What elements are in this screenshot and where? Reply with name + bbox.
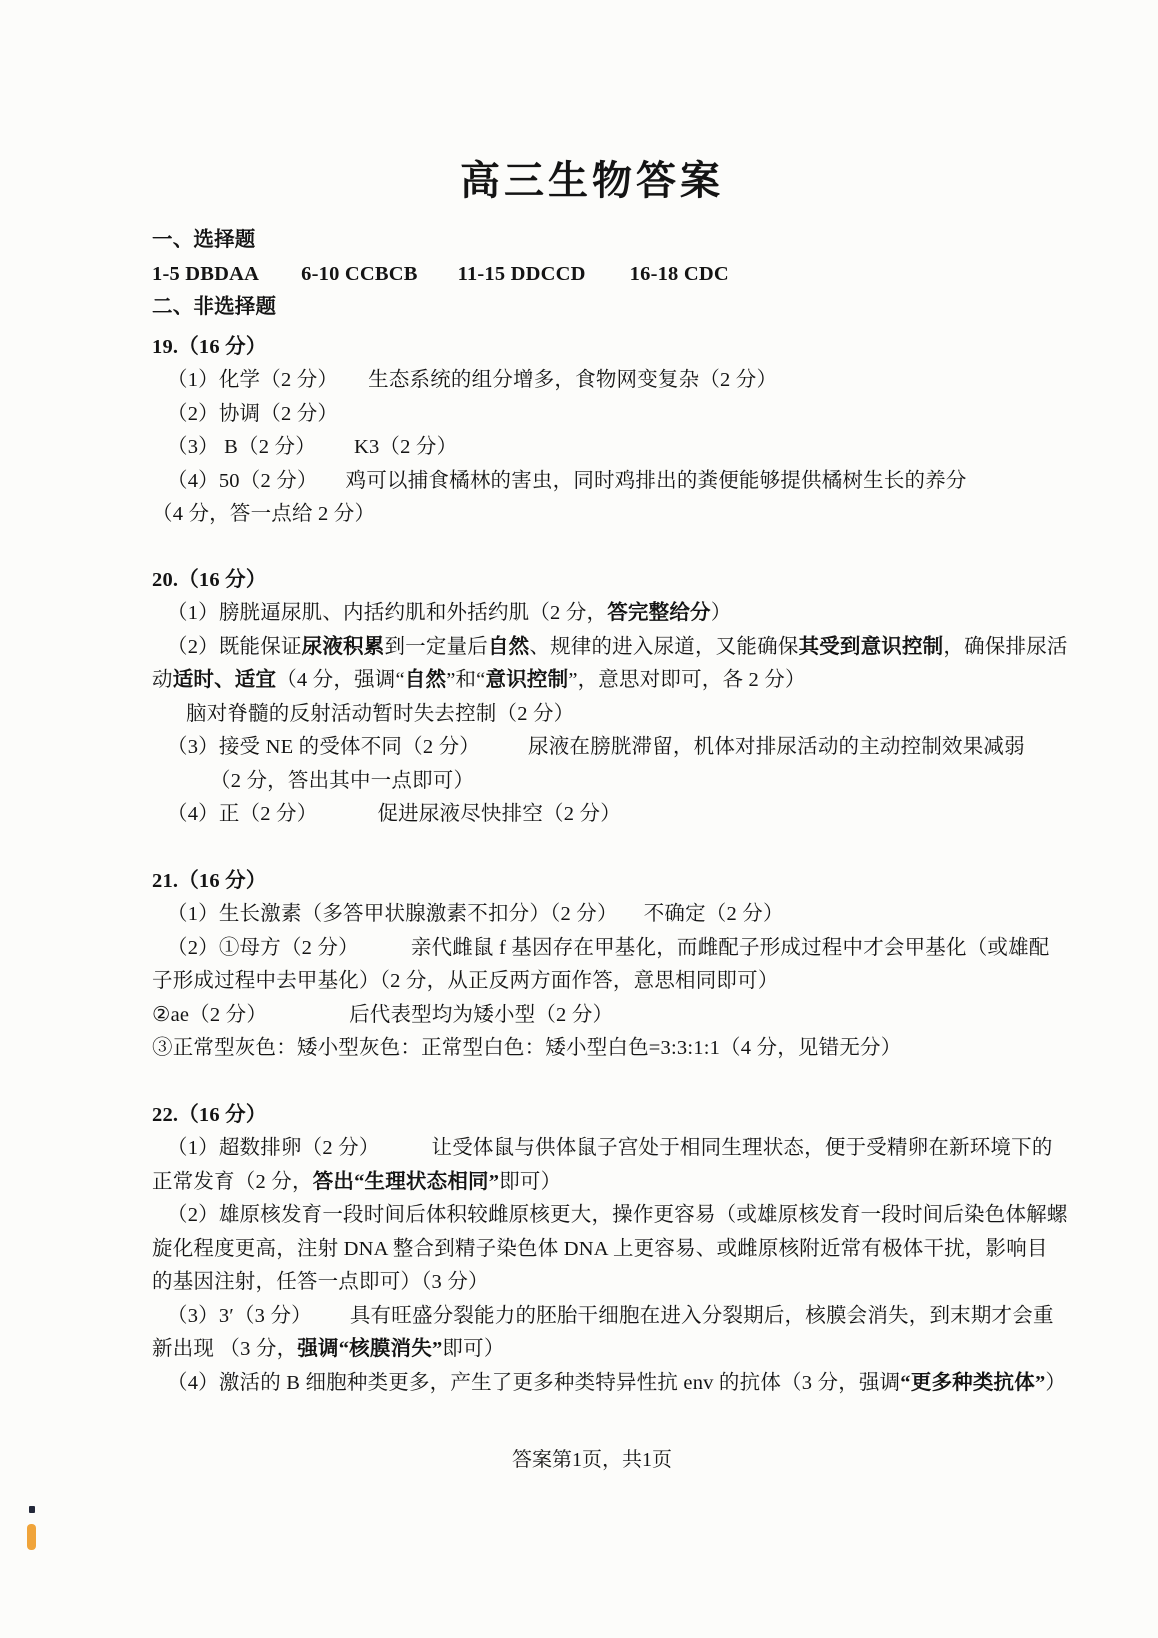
answer-text: （4）50（2 分） — [167, 470, 318, 492]
emphasis-text: 其受到意识控制 — [798, 636, 943, 658]
tab-gap — [259, 279, 301, 280]
answer-text: 动 — [152, 669, 173, 691]
q20-3: （3）接受 NE 的受体不同（2 分）尿液在膀胱滞留，机体对排尿活动的主动控制效… — [152, 731, 1032, 765]
answer-text: （2）既能保证 — [167, 636, 302, 658]
answer-text: （2）①母方（2 分） — [167, 937, 359, 959]
answer-body: 一、选择题1-5 DBDAA6-10 CCBCB11-15 DDCCD16-18… — [152, 224, 1032, 1400]
answer-text: （1）超数排卵（2 分） — [167, 1137, 380, 1159]
tab-gap — [380, 1153, 432, 1154]
q20-2a: （2）既能保证尿液积累到一定量后自然、规律的进入尿道，又能确保其受到意识控制，确… — [152, 631, 1032, 665]
q22-2a: （2）雄原核发育一段时间后体积较雌原核更大，操作更容易（或雄原核发育一段时间后染… — [152, 1199, 1032, 1233]
corner-dot-icon — [29, 1506, 35, 1513]
answer-text: 二、非选择题 — [152, 296, 276, 318]
q19-2: （2）协调（2 分） — [152, 398, 1032, 432]
answer-text: （3）接受 NE 的受体不同（2 分） — [167, 736, 480, 758]
answer-text: 19.（16 分） — [152, 336, 267, 358]
answer-text: K3（2 分） — [354, 436, 457, 458]
q22-4: （4）激活的 B 细胞种类更多，产生了更多种类特异性抗 env 的抗体（3 分，… — [152, 1367, 1032, 1401]
emphasis-text: 意识控制 — [486, 669, 569, 691]
q21-2c: ②ae（2 分）后代表型均为矮小型（2 分） — [152, 999, 1032, 1033]
answer-text: 的基因注射，任答一点即可）（3 分） — [152, 1271, 489, 1293]
choice-answers-row: 1-5 DBDAA6-10 CCBCB11-15 DDCCD16-18 CDC — [152, 258, 1032, 292]
q20-header: 20.（16 分） — [152, 564, 1032, 598]
page-title: 高三生物答案 — [152, 156, 1032, 206]
tab-gap — [359, 953, 411, 954]
q19-3: （3） B（2 分）K3（2 分） — [152, 431, 1032, 465]
emphasis-text: 强调“核膜消失” — [297, 1338, 442, 1360]
answer-text: （4）正（2 分） — [167, 803, 317, 825]
answer-text: 16-18 CDC — [630, 263, 729, 285]
answer-text: 亲代雌鼠 f 基因存在甲基化，而雌配子形成过程中才会甲基化（或雄配 — [411, 937, 1050, 959]
answer-text: 脑对脊髓的反射活动暂时失去控制（2 分） — [186, 703, 574, 725]
answer-text: （4 分，答一点给 2 分） — [152, 503, 375, 525]
answer-text: 后代表型均为矮小型（2 分） — [349, 1004, 613, 1026]
answer-text: 6-10 CCBCB — [301, 263, 417, 285]
answer-text: （1）生长激素（多答甲状腺激素不扣分）（2 分） — [167, 903, 618, 925]
answer-text: 鸡可以捕食橘林的害虫，同时鸡排出的粪便能够提供橘树生长的养分 — [346, 470, 967, 492]
answer-text: （2 分，答出其中一点即可） — [210, 770, 474, 792]
q21-header: 21.（16 分） — [152, 865, 1032, 899]
q19-4: （4）50（2 分）鸡可以捕食橘林的害虫，同时鸡排出的粪便能够提供橘树生长的养分 — [152, 465, 1032, 499]
answer-text: （1）化学（2 分） — [167, 369, 338, 391]
answer-text: （4 分，强调“ — [276, 669, 405, 691]
q21-2b: 子形成过程中去甲基化）（2 分，从正反两方面作答，意思相同即可） — [152, 965, 1032, 999]
tab-gap — [318, 486, 346, 487]
answer-text: 到一定量后 — [384, 636, 488, 658]
answer-text: 生态系统的组分增多，食物网变复杂（2 分） — [368, 369, 777, 391]
emphasis-text: “更多种类抗体” — [900, 1372, 1045, 1394]
q19-header: 19.（16 分） — [152, 331, 1032, 365]
answer-text: 正常发育（2 分， — [152, 1171, 313, 1193]
emphasis-text: 自然 — [488, 636, 529, 658]
answer-text: （2）雄原核发育一段时间后体积较雌原核更大，操作更容易（或雄原核发育一段时间后染… — [167, 1204, 1068, 1226]
answer-text: 即可） — [499, 1171, 561, 1193]
answer-text: （4）激活的 B 细胞种类更多，产生了更多种类特异性抗 env 的抗体（3 分，… — [167, 1372, 900, 1394]
answer-text: 11-15 DDCCD — [458, 263, 586, 285]
q20-2c: 脑对脊髓的反射活动暂时失去控制（2 分） — [152, 698, 1032, 732]
answer-sheet-page: 高三生物答案 一、选择题1-5 DBDAA6-10 CCBCB11-15 DDC… — [0, 0, 1158, 1638]
answer-text: （3）3′（3 分） — [167, 1305, 312, 1327]
answer-text: 20.（16 分） — [152, 569, 267, 591]
answer-text: 、规律的进入尿道，又能确保 — [529, 636, 798, 658]
q21-2a: （2）①母方（2 分）亲代雌鼠 f 基因存在甲基化，而雌配子形成过程中才会甲基化… — [152, 932, 1032, 966]
tab-gap — [618, 919, 644, 920]
answer-text: ） — [1045, 1372, 1066, 1394]
emphasis-text: 答出“生理状态相同” — [313, 1171, 500, 1193]
q22-header: 22.（16 分） — [152, 1099, 1032, 1133]
tab-gap — [418, 279, 458, 280]
q22-3b: 新出现 （3 分，强调“核膜消失”即可） — [152, 1333, 1032, 1367]
q20-3-note: （2 分，答出其中一点即可） — [152, 765, 1032, 799]
answer-text: ，确保排尿活 — [943, 636, 1067, 658]
q22-3a: （3）3′（3 分）具有旺盛分裂能力的胚胎干细胞在进入分裂期后，核膜会消失，到末… — [152, 1300, 1032, 1334]
page-number-footer: 答案第1页，共1页 — [152, 1444, 1032, 1476]
q22-1a: （1）超数排卵（2 分）让受体鼠与供体鼠子宫处于相同生理状态，便于受精卵在新环境… — [152, 1132, 1032, 1166]
answer-text: （3） B（2 分） — [167, 436, 316, 458]
answer-text: 不确定（2 分） — [644, 903, 784, 925]
q22-2b: 旋化程度更高，注射 DNA 整合到精子染色体 DNA 上更容易、或雌原核附近常有… — [152, 1233, 1032, 1267]
tab-gap — [586, 279, 630, 280]
answer-text: 21.（16 分） — [152, 870, 267, 892]
tab-gap — [312, 1321, 350, 1322]
answer-text: ③正常型灰色：矮小型灰色：正常型白色：矮小型白色=3:3:1:1（4 分，见错无… — [152, 1037, 901, 1059]
tab-gap — [338, 385, 368, 386]
answer-text: 促进尿液尽快排空（2 分） — [377, 803, 620, 825]
q20-2b: 动适时、适宜（4 分，强调“自然”和“意识控制”，意思对即可，各 2 分） — [152, 664, 1032, 698]
answer-text: ”，意思对即可，各 2 分） — [568, 669, 805, 691]
q21-2d: ③正常型灰色：矮小型灰色：正常型白色：矮小型白色=3:3:1:1（4 分，见错无… — [152, 1032, 1032, 1066]
orange-bar-icon — [27, 1524, 36, 1550]
page-content: 高三生物答案 一、选择题1-5 DBDAA6-10 CCBCB11-15 DDC… — [152, 0, 1032, 1476]
tab-gap — [317, 819, 377, 820]
emphasis-text: 答完整给分 — [607, 602, 711, 624]
answer-text: 具有旺盛分裂能力的胚胎干细胞在进入分裂期后，核膜会消失，到末期才会重 — [350, 1305, 1054, 1327]
answer-text: 旋化程度更高，注射 DNA 整合到精子染色体 DNA 上更容易、或雌原核附近常有… — [152, 1238, 1048, 1260]
q20-4: （4）正（2 分）促进尿液尽快排空（2 分） — [152, 798, 1032, 832]
answer-text: 新出现 （3 分， — [152, 1338, 297, 1360]
emphasis-text: 适时、适宜 — [173, 669, 277, 691]
answer-text: （1）膀胱逼尿肌、内括约肌和外括约肌（2 分， — [167, 602, 607, 624]
q22-1b: 正常发育（2 分，答出“生理状态相同”即可） — [152, 1166, 1032, 1200]
answer-text: 子形成过程中去甲基化）（2 分，从正反两方面作答，意思相同即可） — [152, 970, 779, 992]
answer-text: （2）协调（2 分） — [167, 403, 338, 425]
answer-text: 即可） — [442, 1338, 504, 1360]
tab-gap — [480, 752, 528, 753]
q19-1: （1）化学（2 分）生态系统的组分增多，食物网变复杂（2 分） — [152, 364, 1032, 398]
section-heading-choice: 一、选择题 — [152, 224, 1032, 258]
emphasis-text: 自然 — [405, 669, 446, 691]
answer-text: 22.（16 分） — [152, 1104, 267, 1126]
answer-text: 尿液在膀胱滞留，机体对排尿活动的主动控制效果减弱 — [528, 736, 1025, 758]
answer-text: ②ae（2 分） — [152, 1004, 267, 1026]
answer-text: 1-5 DBDAA — [152, 263, 259, 285]
tab-gap — [267, 1020, 349, 1021]
answer-text: ） — [711, 602, 732, 624]
q20-1: （1）膀胱逼尿肌、内括约肌和外括约肌（2 分，答完整给分） — [152, 597, 1032, 631]
section-heading-nonchoice: 二、非选择题 — [152, 291, 1032, 325]
q21-1: （1）生长激素（多答甲状腺激素不扣分）（2 分）不确定（2 分） — [152, 898, 1032, 932]
emphasis-text: 尿液积累 — [302, 636, 385, 658]
corner-mark — [27, 1506, 37, 1552]
answer-text: 一、选择题 — [152, 229, 256, 251]
q19-4-note: （4 分，答一点给 2 分） — [152, 498, 1032, 532]
q22-2c: 的基因注射，任答一点即可）（3 分） — [152, 1266, 1032, 1300]
answer-text: 让受体鼠与供体鼠子宫处于相同生理状态，便于受精卵在新环境下的 — [432, 1137, 1053, 1159]
answer-text: ”和“ — [446, 669, 485, 691]
tab-gap — [316, 452, 354, 453]
